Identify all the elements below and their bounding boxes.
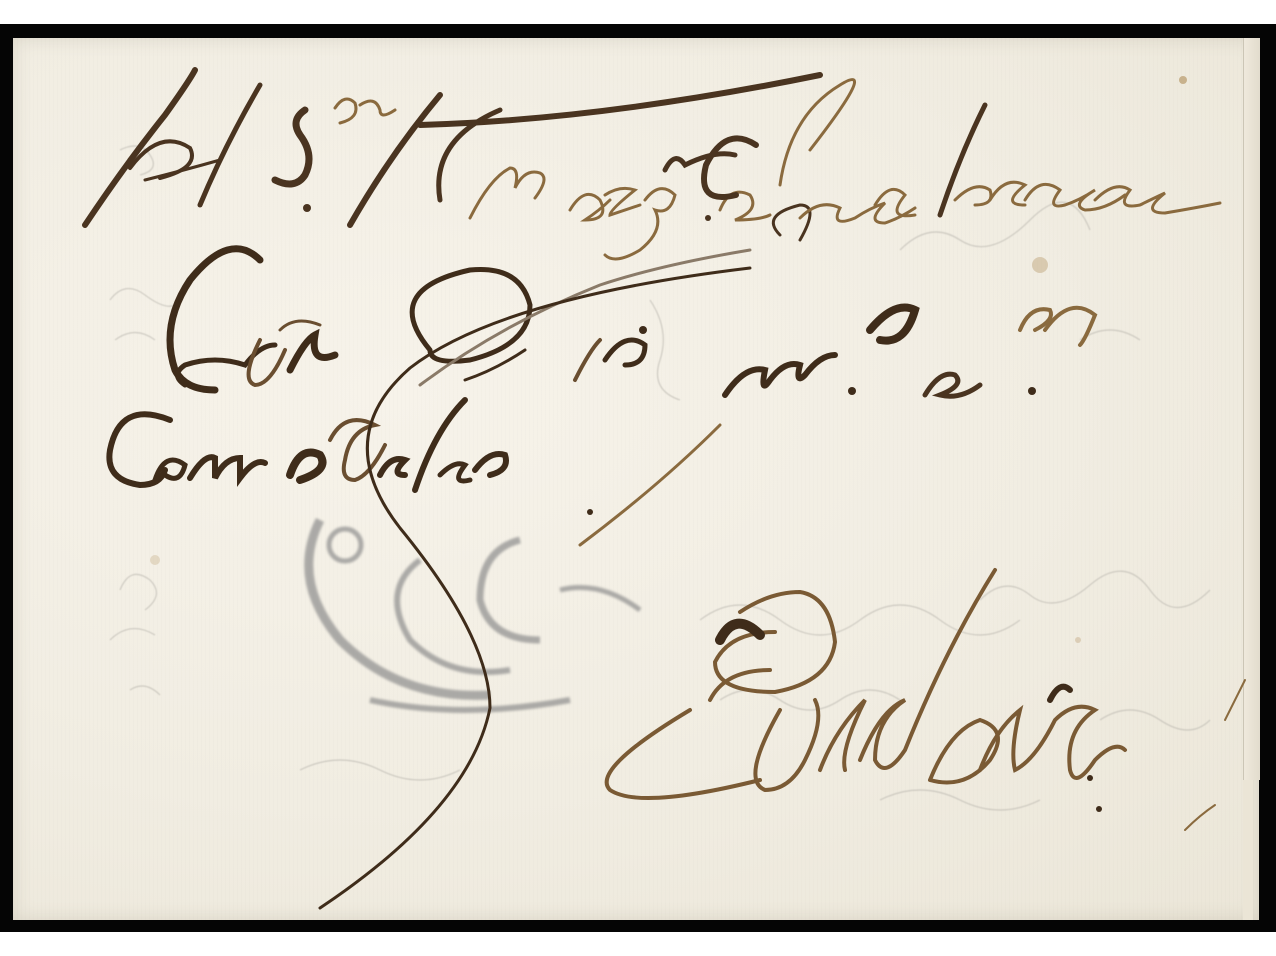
- paper-fold-edge-lower: [1243, 780, 1253, 920]
- letter-paper: [13, 38, 1259, 920]
- paper-fold-edge: [1243, 38, 1260, 780]
